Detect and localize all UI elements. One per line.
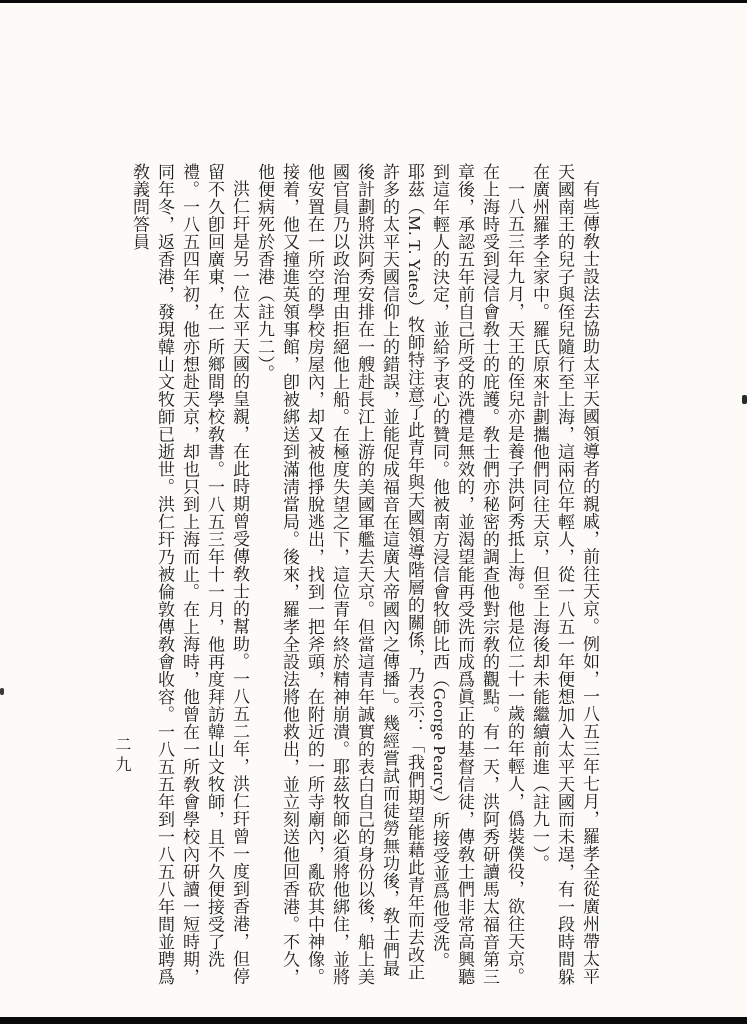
scan-speck-right — [742, 395, 747, 404]
paragraph-1: 有些傳敎士設法去協助太平天國領導者的親戚，前往天京。例如，一八五三年七月，羅孝全… — [527, 163, 602, 987]
scanned-book-page: 有些傳敎士設法去協助太平天國領導者的親戚，前往天京。例如，一八五三年七月，羅孝全… — [0, 0, 747, 1024]
scan-edge-bottom — [0, 1017, 747, 1024]
page-text-block: 有些傳敎士設法去協助太平天國領導者的親戚，前往天京。例如，一八五三年七月，羅孝全… — [127, 163, 602, 987]
scan-edge-top — [0, 0, 747, 3]
paragraph-3: 洪仁玕是另一位太平天國的皇親，在此時期曾受傳敎士的幫助。一八五二年，洪仁玕曾一度… — [127, 163, 252, 987]
scan-speck-left — [0, 688, 4, 695]
paragraph-2: 一八五三年九月，天王的侄兒亦是養子洪阿秀抵上海。他是位二十一歲的年輕人，僞裝僕役… — [252, 163, 527, 987]
page-number: 二九 — [110, 736, 133, 776]
